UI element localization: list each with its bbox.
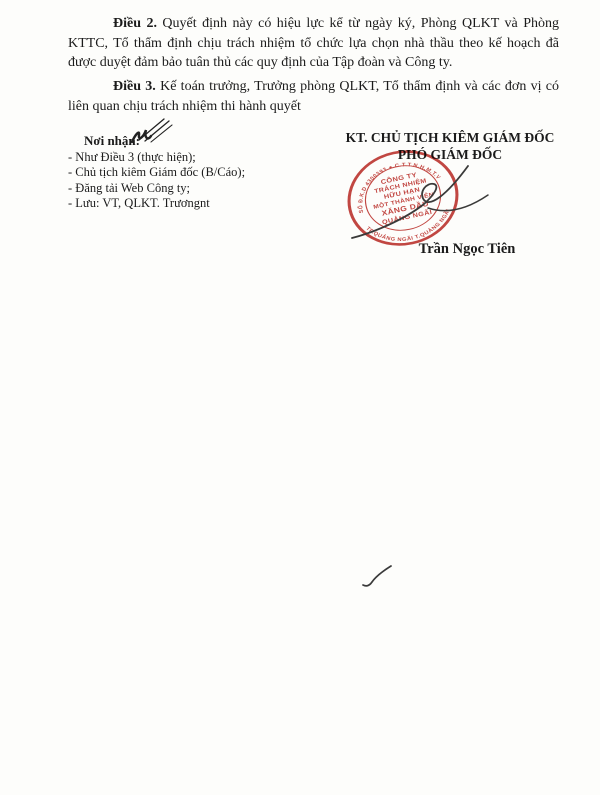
signer-position-line1: KT. CHỦ TỊCH KIÊM GIÁM ĐỐC	[338, 129, 562, 146]
article-2-label: Điều 2.	[113, 16, 157, 31]
official-stamp: SỐ Đ.K.D 4300393 ● C.T.T.N.H.M.T.V TP.QU…	[326, 140, 540, 310]
article-2-paragraph: Điều 2. Quyết định này có hiệu lực kể từ…	[68, 14, 559, 73]
document-page: Điều 2. Quyết định này có hiệu lực kể từ…	[0, 0, 600, 795]
article-3-paragraph: Điều 3. Kế toán trưởng, Trưởng phòng QLK…	[68, 77, 559, 116]
recipient-item: - Đăng tải Web Công ty;	[68, 181, 245, 196]
seal-line-trach-nhiem: TRÁCH NHIỆM	[373, 176, 427, 195]
seal-ring-top-text: SỐ Đ.K.D 4300393 ● C.T.T.N.H.M.T.V	[349, 155, 445, 214]
seal-line-huu-han: HỮU HẠN	[383, 185, 421, 201]
pen-mark-icon	[354, 558, 404, 594]
article-3-label: Điều 3.	[113, 79, 156, 94]
signature-title-block: KT. CHỦ TỊCH KIÊM GIÁM ĐỐC PHÓ GIÁM ĐỐC	[338, 129, 562, 163]
recipients-heading: Nơi nhận:	[84, 133, 140, 149]
seal-line-company: CÔNG TY	[380, 170, 418, 186]
seal-line-xang-dau: XĂNG DẦU	[381, 199, 430, 218]
seal-line-mot-thanh-vien: MỘT THÀNH VIÊN	[373, 191, 435, 211]
seal-inner-ring	[359, 159, 446, 237]
recipient-item: - Như Điều 3 (thực hiện);	[68, 150, 245, 165]
recipient-item: - Lưu: VT, QLKT. Trươngnt	[68, 196, 245, 211]
recipients-list: - Như Điều 3 (thực hiện); - Chủ tịch kiê…	[68, 150, 245, 212]
signer-position-line2: PHÓ GIÁM ĐỐC	[338, 146, 562, 163]
signer-name: Trần Ngọc Tiên	[382, 241, 552, 258]
signature-scribble-icon	[352, 166, 488, 238]
recipient-item: - Chủ tịch kiêm Giám đốc (B/Cáo);	[68, 165, 245, 180]
seal-line-quang-ngai: QUẢNG NGÃI	[381, 207, 433, 226]
